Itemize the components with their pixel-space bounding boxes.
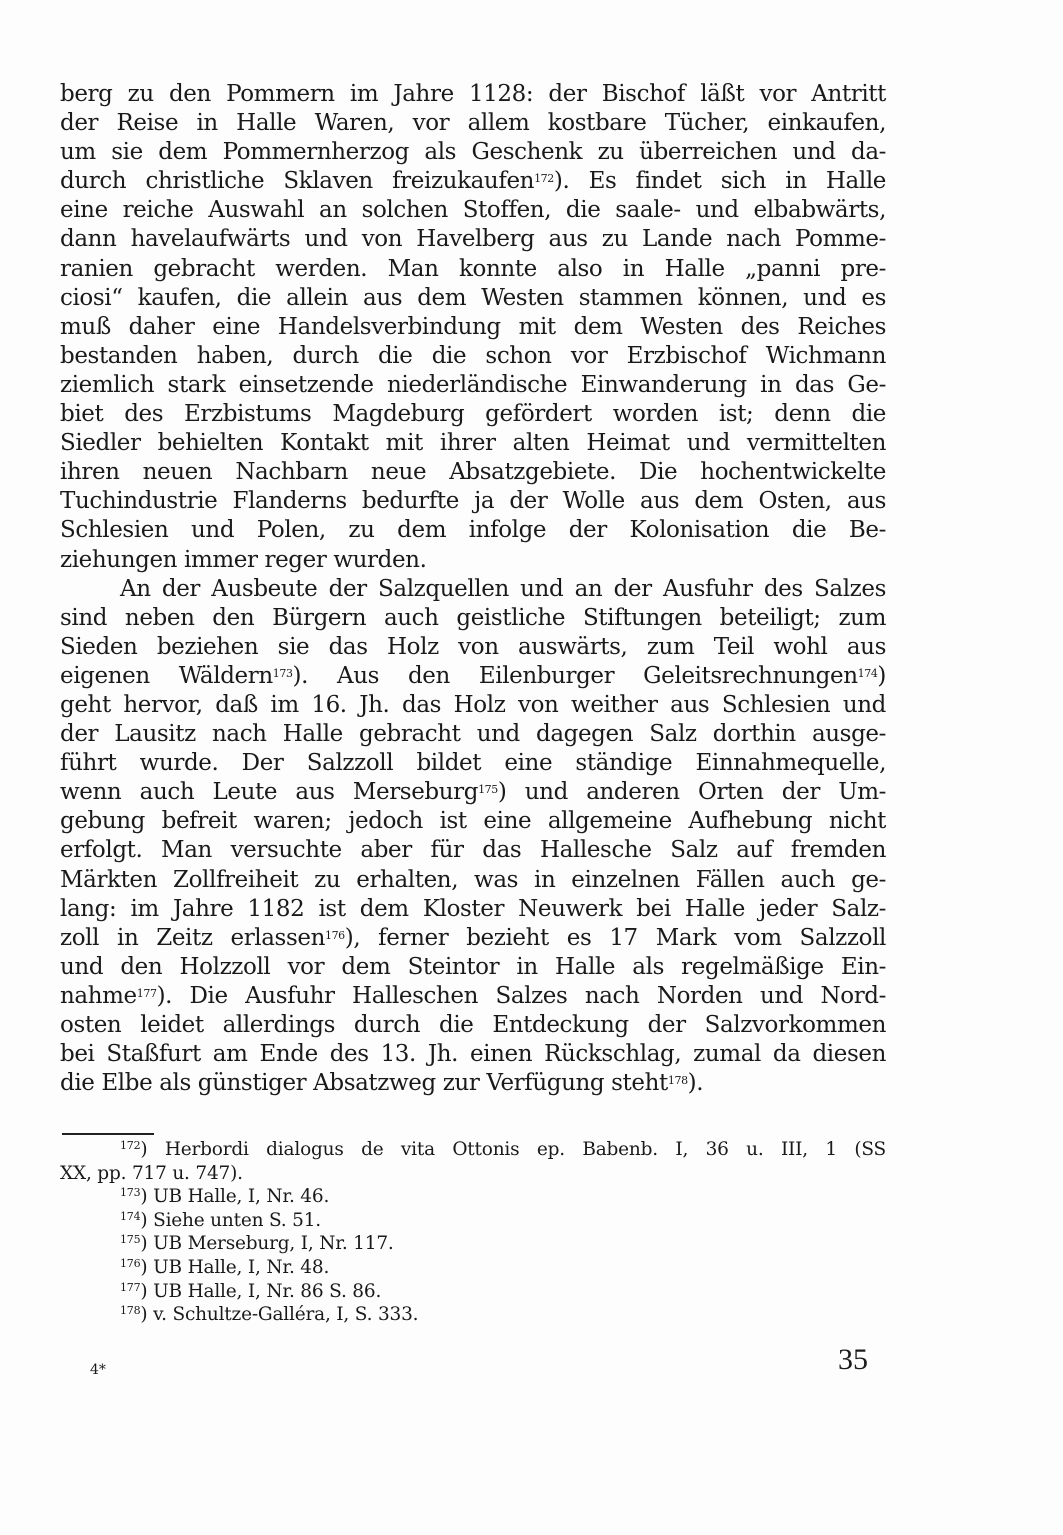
text-line: der Lausitz nach Halle gebracht und dage… [60, 720, 886, 749]
footnote-text: ) UB Halle, I, Nr. 48. [140, 1257, 329, 1278]
text-line: geht hervor, daß im 16. Jh. das Holz von… [60, 691, 886, 720]
text-line: dann havelaufwärts und von Havelberg aus… [60, 225, 886, 254]
document-page: berg zu den Pommern im Jahre 1128: der B… [0, 0, 1063, 1535]
text-fragment: ). Die Ausfuhr Halleschen Salzes nach No… [157, 983, 886, 1009]
text-line: wenn auch Leute aus Merseburg175) und an… [60, 778, 886, 807]
footnote-text: ) Siehe unten S. 51. [140, 1210, 321, 1231]
footnote-ref: 174 [858, 667, 878, 680]
footnote-173: 173) UB Halle, I, Nr. 46. [60, 1185, 886, 1209]
text-line: gebung befreit waren; jedoch ist eine al… [60, 807, 886, 836]
footnote-172: 172) Herbordi dialogus de vita Ottonis e… [60, 1138, 886, 1162]
text-line: Schlesien und Polen, zu dem infolge der … [60, 516, 886, 545]
text-line: muß daher eine Handelsverbindung mit dem… [60, 313, 886, 342]
text-line: Tuchindustrie Flanderns bedurfte ja der … [60, 487, 886, 516]
footnote-number: 175 [120, 1233, 140, 1246]
text-line: ihren neuen Nachbarn neue Absatzgebiete.… [60, 458, 886, 487]
page-number: 35 [838, 1343, 868, 1377]
text-line: berg zu den Pommern im Jahre 1128: der B… [60, 80, 886, 109]
footnote-number: 172 [120, 1139, 140, 1152]
footnote-text: ) Herbordi dialogus de vita Ottonis ep. … [140, 1139, 886, 1160]
footnote-text: ) UB Halle, I, Nr. 46. [140, 1186, 329, 1207]
footnote-number: 174 [120, 1210, 140, 1223]
text-line: zoll in Zeitz erlassen176), ferner bezie… [60, 924, 886, 953]
text-line: osten leidet allerdings durch die Entdec… [60, 1011, 886, 1040]
text-line: Siedler behielten Kontakt mit ihrer alte… [60, 429, 886, 458]
text-line: bei Staßfurt am Ende des 13. Jh. einen R… [60, 1040, 886, 1069]
text-fragment: ). Aus den Eilenburger Geleitsrechnungen [293, 663, 858, 689]
footnote-ref: 178 [668, 1074, 688, 1087]
text-line: erfolgt. Man versuchte aber für das Hall… [60, 836, 886, 865]
text-fragment: die Elbe als günstiger Absatzweg zur Ver… [60, 1070, 668, 1096]
text-fragment: eigenen Wäldern [60, 663, 273, 689]
footnote-text: ) UB Merseburg, I, Nr. 117. [140, 1233, 393, 1254]
footnotes: 172) Herbordi dialogus de vita Ottonis e… [60, 1138, 886, 1327]
footnote-number: 178 [120, 1304, 140, 1317]
printer-signature: 4* [90, 1362, 106, 1378]
text-line: und den Holzzoll vor dem Steintor in Hal… [60, 953, 886, 982]
text-fragment: ). Es findet sich in Halle [554, 168, 886, 194]
footnote-number: 177 [120, 1281, 140, 1294]
text-line: biet des Erzbistums Magdeburg gefördert … [60, 400, 886, 429]
text-line: eine reiche Auswahl an solchen Stoffen, … [60, 196, 886, 225]
footnote-number: 173 [120, 1186, 140, 1199]
text-line: ciosi“ kaufen, die allein aus dem Westen… [60, 284, 886, 313]
text-line: sind neben den Bürgern auch geistliche S… [60, 604, 886, 633]
text-fragment: zoll in Zeitz erlassen [60, 925, 325, 951]
text-line: eigenen Wäldern173). Aus den Eilenburger… [60, 662, 886, 691]
footnote-ref: 172 [534, 172, 554, 185]
text-fragment: ), ferner bezieht es 17 Mark vom Salzzol… [345, 925, 886, 951]
footnote-178: 178) v. Schultze-Galléra, I, S. 333. [60, 1303, 886, 1327]
footnote-175: 175) UB Merseburg, I, Nr. 117. [60, 1232, 886, 1256]
text-line: führt wurde. Der Salzzoll bildet eine st… [60, 749, 886, 778]
text-fragment: wenn auch Leute aus Merseburg [60, 779, 478, 805]
footnote-divider [62, 1133, 154, 1135]
text-fragment: ) [877, 663, 886, 689]
footnote-174: 174) Siehe unten S. 51. [60, 1209, 886, 1233]
text-fragment: nahme [60, 983, 137, 1009]
text-line: nahme177). Die Ausfuhr Halleschen Salzes… [60, 982, 886, 1011]
text-fragment: ) und anderen Orten der Um- [498, 779, 886, 805]
text-line: lang: im Jahre 1182 ist dem Kloster Neuw… [60, 895, 886, 924]
text-line: bestanden haben, durch die die schon vor… [60, 342, 886, 371]
text-line: Sieden beziehen sie das Holz von auswärt… [60, 633, 886, 662]
footnote-172-continued: XX, pp. 717 u. 747). [60, 1162, 886, 1186]
footnote-ref: 173 [273, 667, 293, 680]
text-line: ziehungen immer reger wurden. [60, 546, 886, 575]
footnote-ref: 176 [325, 929, 345, 942]
footnote-text: ) v. Schultze-Galléra, I, S. 333. [140, 1304, 418, 1325]
main-text: berg zu den Pommern im Jahre 1128: der B… [60, 80, 886, 1098]
footnote-ref: 175 [478, 783, 498, 796]
footnote-177: 177) UB Halle, I, Nr. 86 S. 86. [60, 1280, 886, 1304]
text-fragment: ). [688, 1070, 703, 1096]
footnote-number: 176 [120, 1257, 140, 1270]
text-line: durch christliche Sklaven freizukaufen17… [60, 167, 886, 196]
text-line: der Reise in Halle Waren, vor allem kost… [60, 109, 886, 138]
text-line: ranien gebracht werden. Man konnte also … [60, 255, 886, 284]
text-line: Märkten Zollfreiheit zu erhalten, was in… [60, 866, 886, 895]
footnote-text: ) UB Halle, I, Nr. 86 S. 86. [140, 1281, 381, 1302]
text-line: um sie dem Pommernherzog als Geschenk zu… [60, 138, 886, 167]
text-line: ziemlich stark einsetzende niederländisc… [60, 371, 886, 400]
footnote-176: 176) UB Halle, I, Nr. 48. [60, 1256, 886, 1280]
footnote-ref: 177 [137, 987, 157, 1000]
text-fragment: durch christliche Sklaven freizukaufen [60, 168, 534, 194]
text-line: die Elbe als günstiger Absatzweg zur Ver… [60, 1069, 886, 1098]
paragraph-start-line: An der Ausbeute der Salzquellen und an d… [60, 575, 886, 604]
